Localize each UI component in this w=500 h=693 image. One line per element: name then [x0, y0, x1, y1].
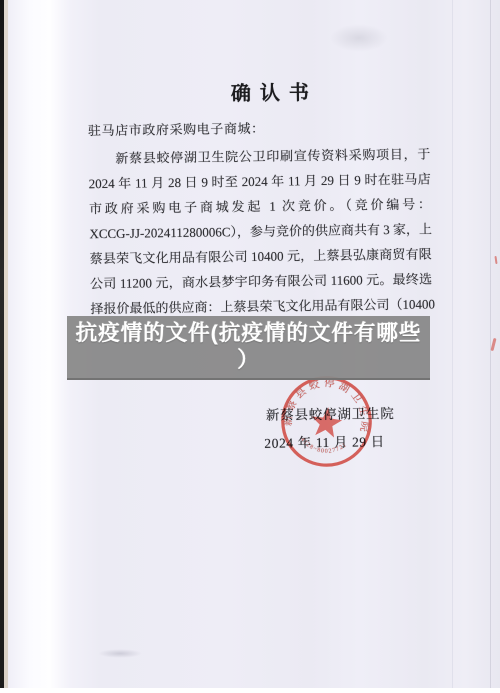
overlay-caption-banner: 抗疫情的文件(抗疫情的文件有哪些 ） — [67, 316, 430, 380]
document-title: 确认书 — [87, 74, 445, 108]
body-paragraph: 新蔡县蛟停湖卫生院公卫印刷宣传资料采购项目，于 2024 年 11 月 28 日… — [88, 141, 432, 321]
scanned-document-page: 确认书 驻马店市政府采购电子商城： 新蔡县蛟停湖卫生院公卫印刷宣传资料采购项目，… — [0, 0, 500, 693]
scan-bottom-white-edge — [0, 688, 500, 693]
banner-text-line2: ） — [237, 347, 260, 374]
seal-code-text: 4128~80027721 — [298, 436, 349, 457]
official-seal: 新蔡县蛟停湖卫生院 4128~80027721 — [273, 368, 379, 474]
banner-text-line1: 抗疫情的文件(抗疫情的文件有哪些 — [76, 320, 422, 347]
seal-star-icon — [309, 405, 343, 438]
salutation-line: 驻马店市政府采购电子商城： — [88, 118, 265, 139]
